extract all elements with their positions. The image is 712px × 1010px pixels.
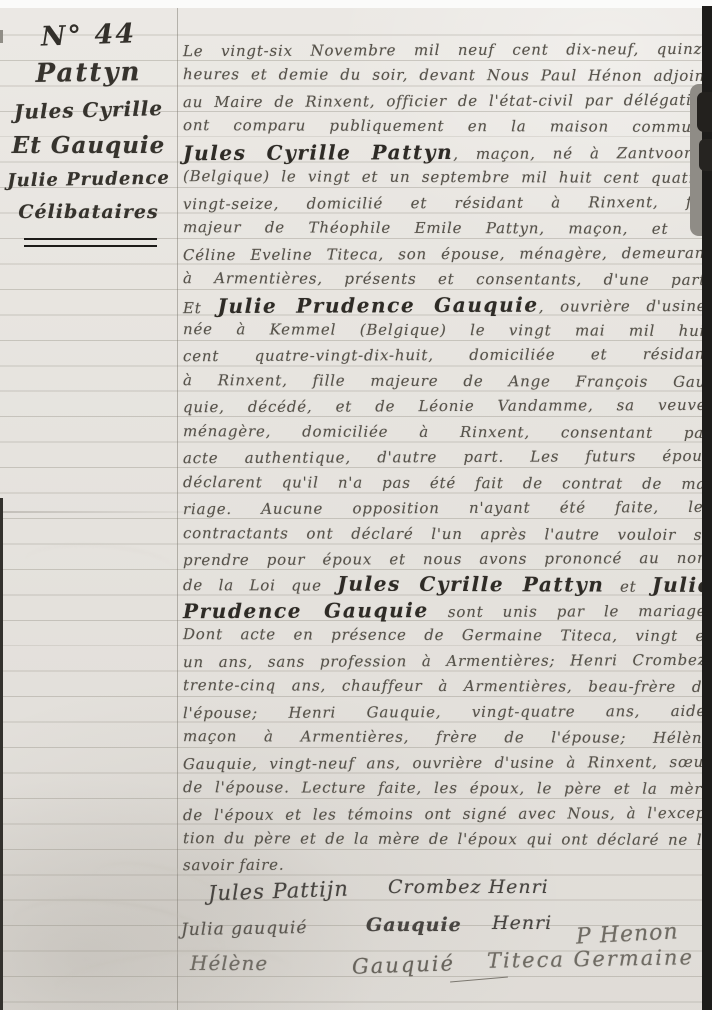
handwritten-line: heures et demie du soir, devant Nous Pau… xyxy=(183,63,712,90)
scan-edge-mark xyxy=(0,30,3,43)
signature: Henri xyxy=(492,912,552,934)
spouse-name-emphasis: Jules Cyrille Pattyn xyxy=(183,140,453,165)
handwritten-line: maçon à Armentières, frère de l'épouse; … xyxy=(183,724,712,751)
handwritten-line: prendre pour époux et nous avons prononc… xyxy=(183,546,712,573)
scan-top-edge xyxy=(0,0,712,8)
signature: Gauquié xyxy=(352,951,456,979)
handwritten-line: contractants ont déclaré l'un après l'au… xyxy=(183,521,712,548)
body-text: Le vingt-six Novembre mil neuf cent dix-… xyxy=(183,0,712,1010)
signature: Hélène xyxy=(190,951,268,975)
margin-line: Et Gauquie xyxy=(0,132,177,159)
handwritten-line: de l'épouse. Lecture faite, les époux, l… xyxy=(183,775,712,802)
spouse-name-emphasis: Prudence Gauquie xyxy=(183,598,429,623)
handwritten-line: l'épouse; Henri Gauquie, vingt-quatre an… xyxy=(183,699,712,726)
handwritten-line: à Armentières, présents et consentants, … xyxy=(183,266,712,293)
signature: Jules Pattijn xyxy=(208,877,350,906)
act-number: N° 44 xyxy=(0,17,177,54)
signature: Julia gauquié xyxy=(181,918,308,940)
margin-double-rule xyxy=(24,238,157,247)
margin-line: Jules Cyrille xyxy=(0,96,177,125)
handwritten-line: (Belgique) le vingt et un septembre mil … xyxy=(183,164,712,191)
handwritten-line: déclarent qu'il n'a pas été fait de cont… xyxy=(183,470,712,497)
signature: Crombez Henri xyxy=(388,876,549,898)
handwritten-line: ménagère, domiciliée à Rinxent, consenta… xyxy=(183,419,712,446)
handwritten-line: riage. Aucune opposition n'ayant été fai… xyxy=(183,495,712,522)
margin-line: Pattyn xyxy=(0,56,177,89)
scan-left-edge xyxy=(0,498,3,1010)
margin-line: Célibataires xyxy=(0,201,177,223)
handwritten-line: savoir faire. xyxy=(183,851,712,878)
handwritten-line: de la Loi que Jules Cyrille Pattyn et Ju… xyxy=(183,572,712,599)
handwritten-line: Et Julie Prudence Gauquie, ouvrière d'us… xyxy=(183,291,712,318)
handwritten-line: Gauquie, vingt-neuf ans, ouvrière d'usin… xyxy=(183,749,712,776)
binding-mark xyxy=(697,92,712,132)
handwritten-line: un ans, sans profession à Armentières; H… xyxy=(183,648,712,675)
handwritten-line: majeur de Théophile Emile Pattyn, maçon,… xyxy=(183,215,712,242)
handwritten-line: vingt-seize, domicilié et résidant à Rin… xyxy=(183,190,712,217)
signature: Gauquie xyxy=(366,914,462,936)
spouse-name-emphasis: Julie Prudence Gauquie xyxy=(217,292,538,317)
handwritten-line: tion du père et de la mère de l'époux qu… xyxy=(183,826,712,853)
handwritten-line: Jules Cyrille Pattyn, maçon, né à Zantvo… xyxy=(183,139,712,166)
bleedthrough-mark xyxy=(24,540,176,591)
handwritten-line: ont comparu publiquement en la maison co… xyxy=(183,113,712,140)
margin-rule-vertical xyxy=(177,8,178,1010)
handwritten-line: trente-cinq ans, chauffeur à Armentières… xyxy=(183,673,712,700)
handwritten-line: née à Kemmel (Belgique) le vingt mai mil… xyxy=(183,317,712,344)
spouse-name-emphasis: Jules Cyrille Pattyn xyxy=(337,572,604,597)
register-page: N° 44 PattynJules CyrilleEt GauquieJulie… xyxy=(0,0,712,1010)
handwritten-line: cent quatre-vingt-dix-huit, domiciliée e… xyxy=(183,342,712,369)
handwritten-line: Le vingt-six Novembre mil neuf cent dix-… xyxy=(183,37,712,64)
handwritten-line: Prudence Gauquie sont unis par le mariag… xyxy=(183,597,712,624)
margin-line: Julie Prudence xyxy=(0,167,177,191)
handwritten-line: acte authentique, d'autre part. Les futu… xyxy=(183,444,712,471)
handwritten-line: de l'époux et les témoins ont signé avec… xyxy=(183,800,712,827)
handwritten-line: Dont acte en présence de Germaine Titeca… xyxy=(183,622,712,649)
handwritten-line: Céline Eveline Titeca, son épouse, ménag… xyxy=(183,240,712,267)
signature: Titeca Germaine xyxy=(487,945,694,973)
handwritten-line: au Maire de Rinxent, officier de l'état-… xyxy=(183,88,712,115)
binding-mark xyxy=(699,139,712,171)
handwritten-line: quie, décédé, et de Léonie Vandamme, sa … xyxy=(183,393,712,420)
handwritten-line: à Rinxent, fille majeure de Ange Françoi… xyxy=(183,368,712,395)
